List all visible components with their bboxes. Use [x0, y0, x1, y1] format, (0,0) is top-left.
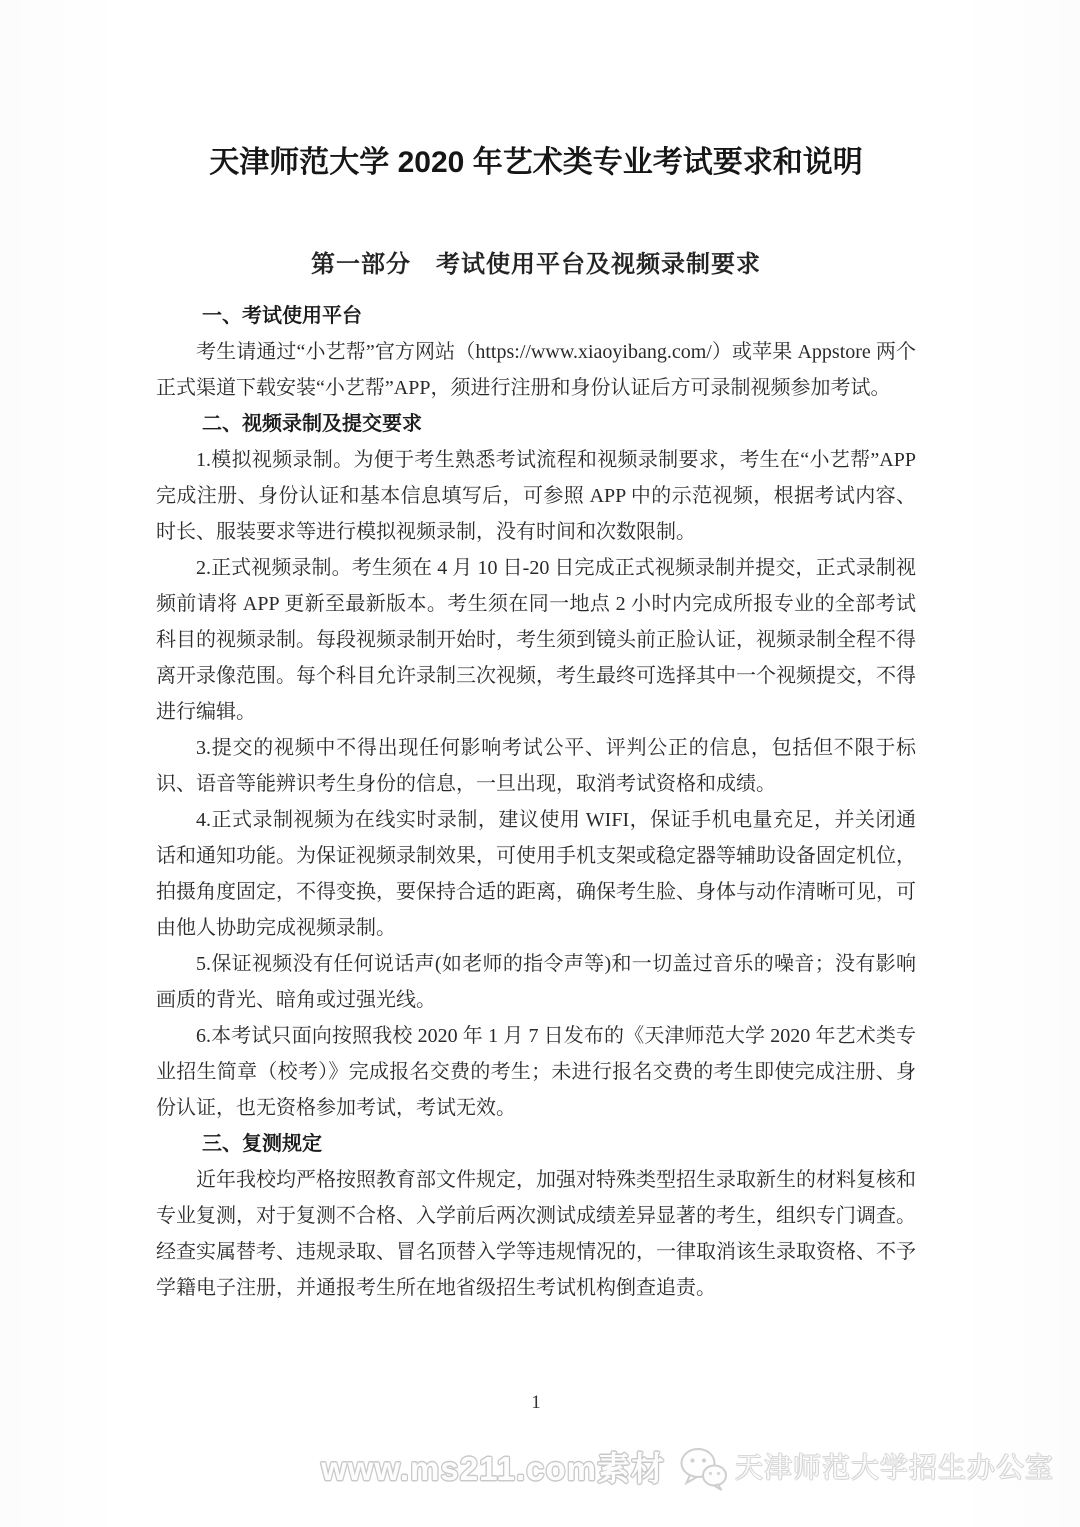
section-2-item-2: 2.正式视频录制。考生须在 4 月 10 日-20 日完成正式视频录制并提交，正…	[156, 550, 916, 730]
section-2-item-3: 3.提交的视频中不得出现任何影响考试公平、评判公正的信息，包括但不限于标识、语音…	[156, 730, 916, 802]
section-2-heading: 二、视频录制及提交要求	[156, 406, 916, 442]
document-content: 天津师范大学 2020 年艺术类专业考试要求和说明 第一部分 考试使用平台及视频…	[156, 0, 916, 1306]
section-3-heading: 三、复测规定	[156, 1126, 916, 1162]
section-2-item-1: 1.模拟视频录制。为便于考生熟悉考试流程和视频录制要求，考生在“小艺帮”APP …	[156, 442, 916, 550]
section-2-item-4: 4.正式录制视频为在线实时录制，建议使用 WIFI，保证手机电量充足，并关闭通话…	[156, 802, 916, 946]
watermark-office-text: 天津师范大学招生办公室	[735, 1446, 1054, 1486]
page-number: 1	[156, 1392, 916, 1414]
document-title: 天津师范大学 2020 年艺术类专业考试要求和说明	[156, 142, 916, 184]
section-3-paragraph: 近年我校均严格按照教育部文件规定，加强对特殊类型招生录取新生的材料复核和专业复测…	[156, 1162, 916, 1306]
section-2-item-6: 6.本考试只面向按照我校 2020 年 1 月 7 日发布的《天津师范大学 20…	[156, 1018, 916, 1126]
watermark: www.ms211.com素材 天津师范大学招生办公室	[321, 1440, 1054, 1492]
part-one-heading: 第一部分 考试使用平台及视频录制要求	[156, 246, 916, 284]
document-page: 天津师范大学 2020 年艺术类专业考试要求和说明 第一部分 考试使用平台及视频…	[0, 0, 1080, 1527]
section-2-item-5: 5.保证视频没有任何说话声(如老师的指令声等)和一切盖过音乐的噪音；没有影响画质…	[156, 946, 916, 1018]
watermark-site-text: www.ms211.com素材	[321, 1443, 665, 1490]
wechat-icon	[679, 1446, 727, 1492]
section-1-paragraph: 考生请通过“小艺帮”官方网站（https://www.xiaoyibang.co…	[156, 334, 916, 406]
section-1-heading: 一、考试使用平台	[156, 298, 916, 334]
